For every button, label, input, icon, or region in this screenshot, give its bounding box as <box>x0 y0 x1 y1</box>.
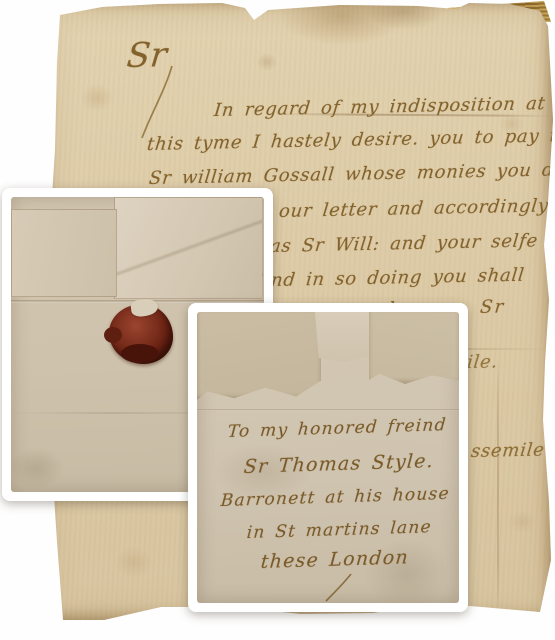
fold-crease <box>497 352 499 614</box>
paper-fold-flap <box>114 197 263 299</box>
letter-text-fragment: ssemile <box>470 439 546 462</box>
paper-fold-flap <box>11 209 117 297</box>
address-line: To my honored freind <box>227 415 447 442</box>
wax-seal-shadow <box>121 344 159 363</box>
manuscript-photo: Sr In regard of my indisposition at this… <box>0 0 555 640</box>
letter-line: Sr william Gossall whose monies you did <box>148 159 555 189</box>
pen-flourish-stroke <box>323 572 357 603</box>
address-line: these London <box>260 546 410 573</box>
wax-seal-icon <box>109 304 173 364</box>
letter-line: nd in so doing you shall <box>270 265 526 291</box>
address-panel: To my honored freind Sr Thomas Style. Ba… <box>188 303 468 612</box>
letter-text-fragment: ile. <box>466 351 499 373</box>
address-line: Sr Thomas Style. <box>243 450 435 478</box>
address-line: Barronett at his house <box>220 484 451 511</box>
letter-line: as Sr Will: and your selfe <box>269 230 539 257</box>
folded-paper-front: To my honored freind Sr Thomas Style. Ba… <box>197 312 459 603</box>
paper-fold-flap <box>369 312 459 384</box>
address-line: in St martins lane <box>246 517 433 543</box>
paper-fold-flap <box>197 312 321 400</box>
fold-crease <box>197 409 459 411</box>
wax-seal-lobe <box>104 327 122 343</box>
letter-line: In regard of my indisposition at <box>213 93 547 121</box>
salutation: Sr <box>125 35 169 76</box>
letter-line: this tyme I hastely desire. you to pay t… <box>146 125 555 155</box>
letter-line: our letter and accordingly <box>278 195 550 222</box>
paper-fold-flap <box>315 312 375 362</box>
